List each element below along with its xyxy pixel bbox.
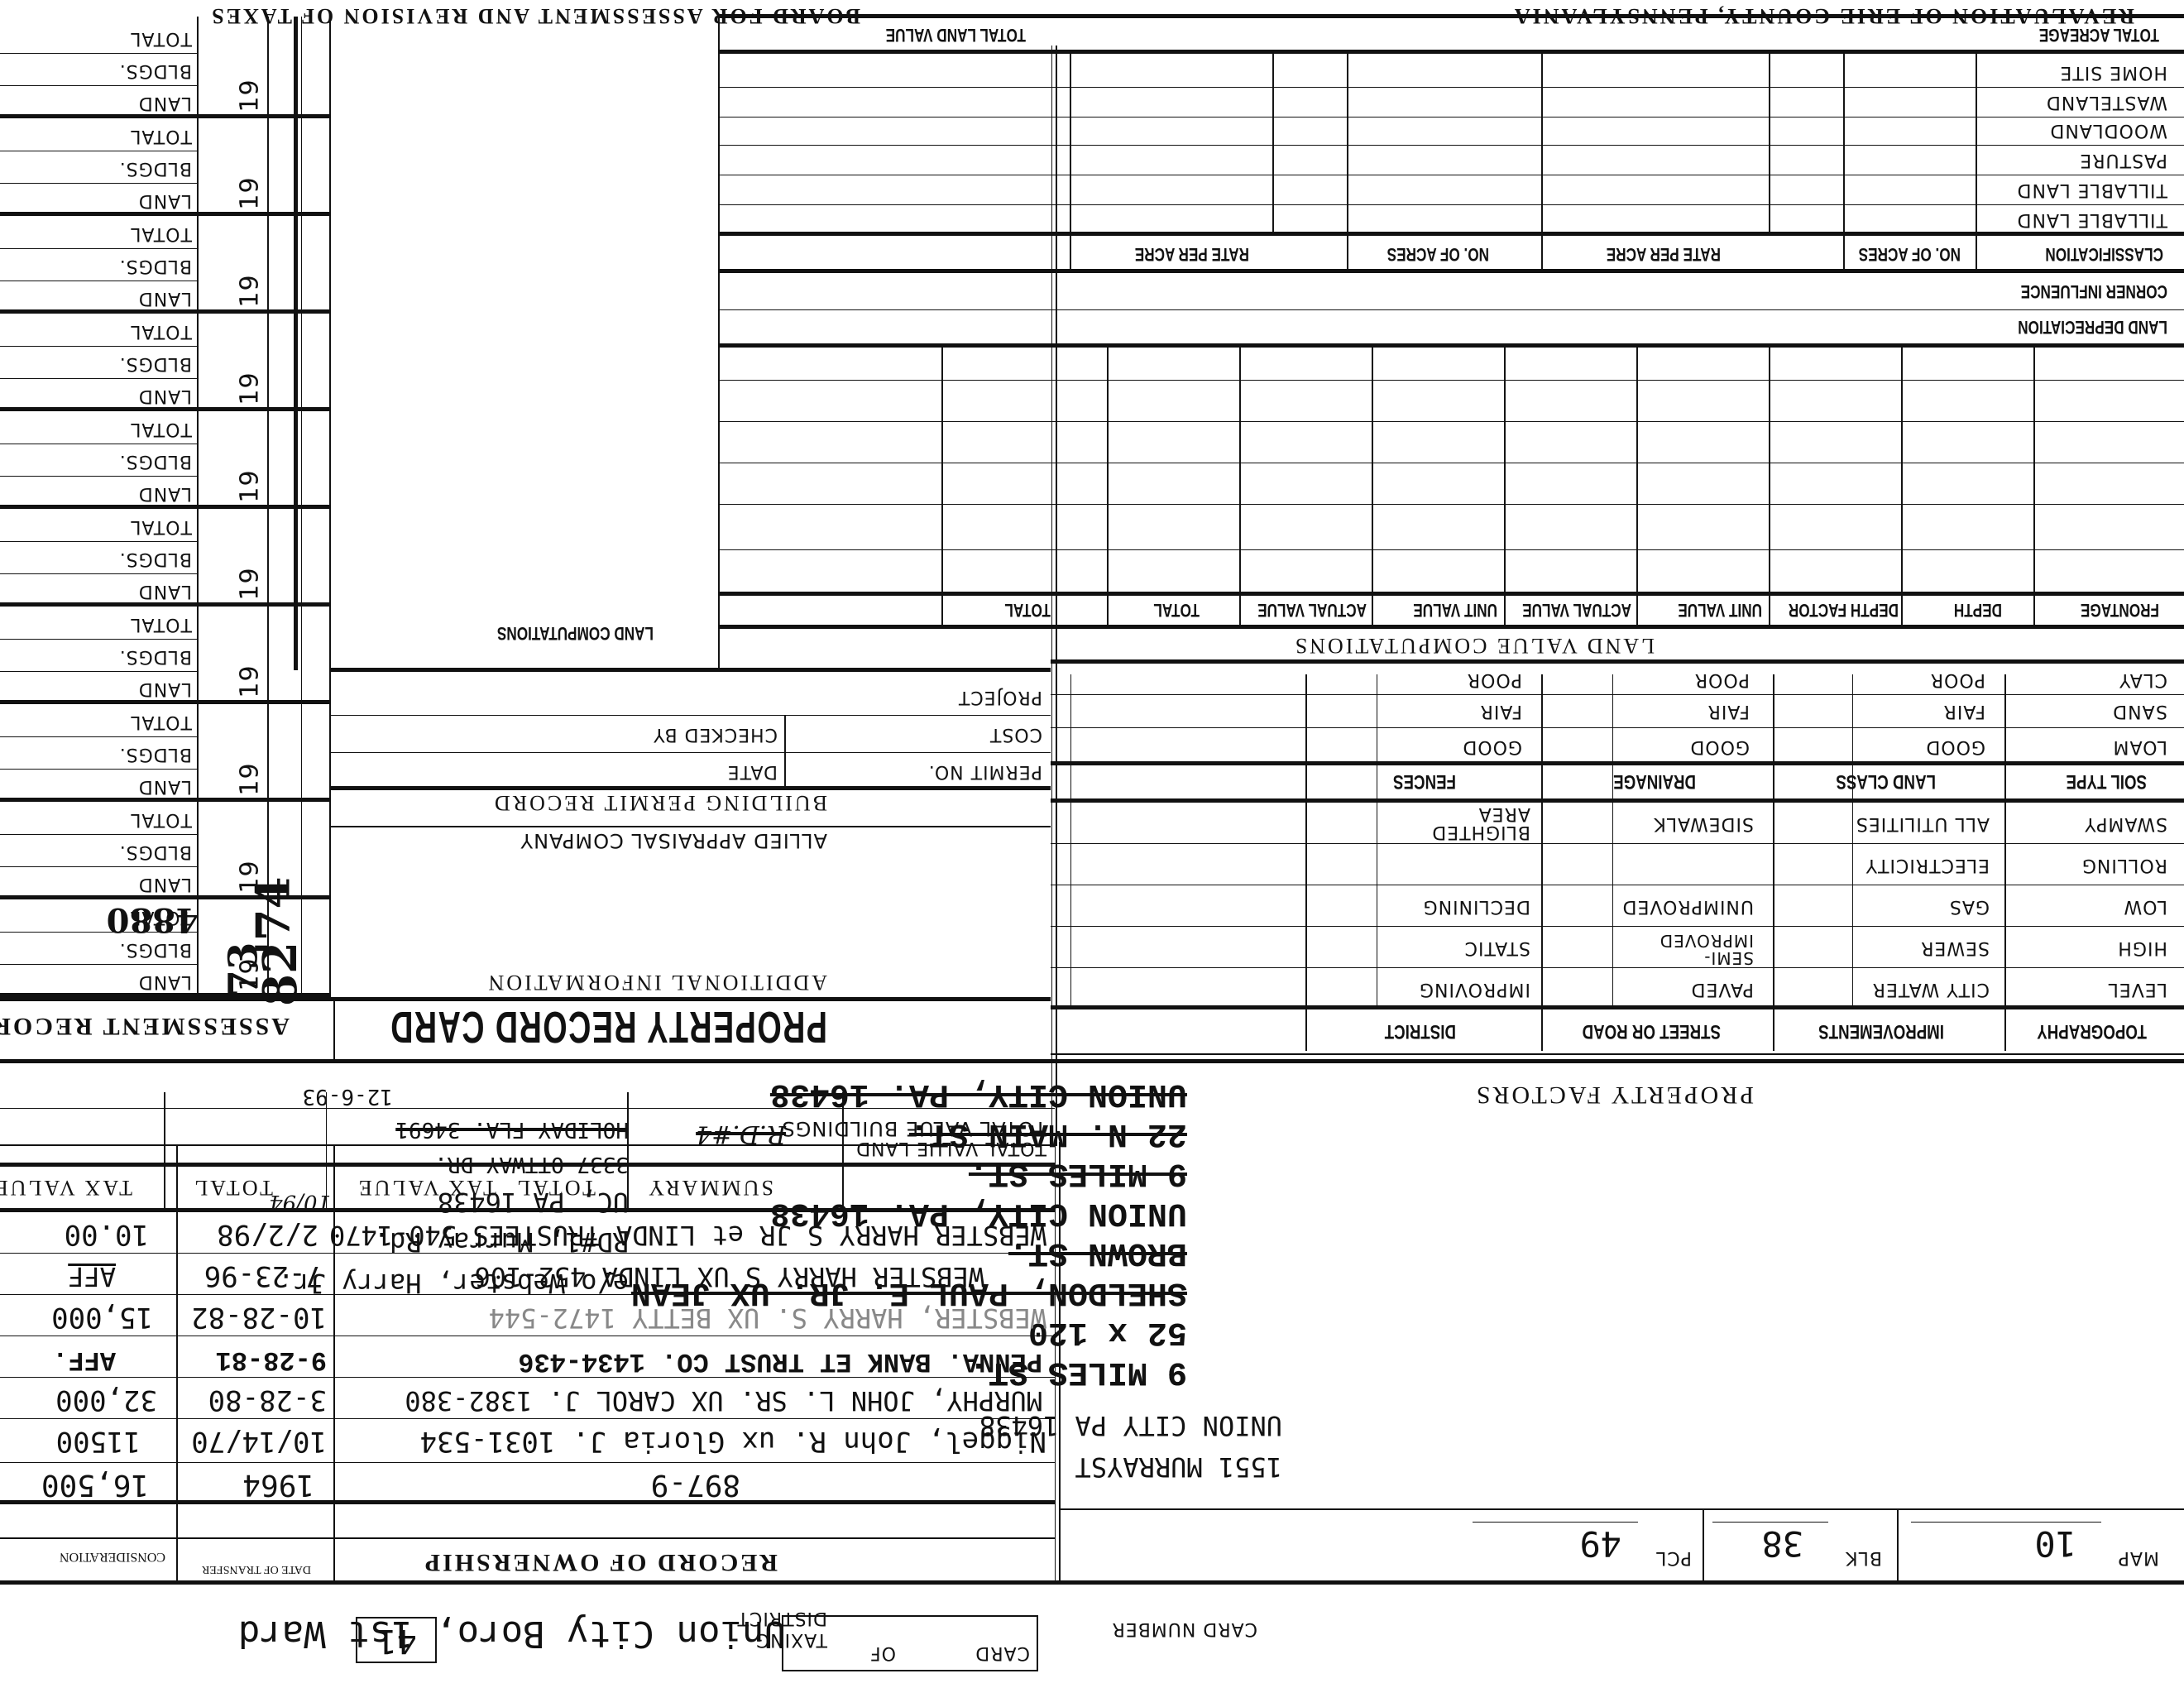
address-line-8: UNION CITY, PA. 16438 — [770, 1075, 1187, 1112]
consideration-cell: 32,000 — [55, 1383, 157, 1417]
property-address-line1: 1551 MURRAYST — [1075, 1451, 1282, 1483]
owner-cell: PENNA. BANK ET TRUST CO. 1434-436 — [518, 1346, 1042, 1377]
impr-city-water[interactable]: CITY WATER — [1872, 979, 1990, 1000]
map-label: MAP — [2118, 1547, 2159, 1568]
property-record-card: CARD NUMBER CARD OF TAXING DISTRICT Unio… — [0, 0, 2184, 1688]
card-of-of-label: OF — [869, 1642, 896, 1663]
year-prefix: 19 — [235, 957, 264, 990]
owner-cell: MURPHY, JOHN L. SR. UX CAROL J. 1382-380 — [405, 1385, 1042, 1417]
consideration-cell: 11500 — [56, 1425, 141, 1458]
map-value[interactable]: 10 — [2034, 1523, 2076, 1564]
pcl-label: PCL — [1655, 1547, 1692, 1568]
year-prefix: 19 — [235, 664, 264, 698]
permit-checked-by-label: CHECKED BY — [653, 724, 778, 745]
assess-land-label: LAND — [138, 679, 192, 699]
year-prefix: 19 — [235, 176, 264, 209]
lv-actual-value-1: ACTUAL VALUE — [1522, 599, 1631, 621]
summary-total-header-2: TOTAL — [192, 1175, 273, 1200]
assess-land-label: LAND — [138, 971, 192, 992]
consideration-cell: AFF. — [52, 1345, 116, 1375]
lv-total-1: TOTAL — [1153, 599, 1200, 621]
summary-row-label: TOTAL VALUE BUILDINGS — [782, 1117, 1046, 1140]
impr-electricity[interactable]: ELECTRICITY — [1865, 855, 1990, 875]
no-of-acres-2: NO. OF ACRES — [1387, 243, 1489, 265]
address-line-2: 52 x 120 — [1028, 1313, 1187, 1350]
impr-sewer[interactable]: SEWER — [1920, 938, 1990, 958]
fences-poor[interactable]: POOR — [1467, 669, 1522, 690]
assess-total-label: TOTAL — [130, 126, 192, 146]
consideration-cell: AFF — [68, 1261, 116, 1292]
assess-total-label: TOTAL — [130, 907, 192, 928]
district-improving[interactable]: IMPROVING — [1419, 979, 1530, 1000]
land-computations-title: LAND COMPUTATIONS — [497, 622, 654, 644]
classification-header: CLASSIFICATION — [2045, 243, 2163, 265]
lv-actual-value-2: ACTUAL VALUE — [1257, 599, 1367, 621]
assess-land-label: LAND — [138, 288, 192, 309]
permit-cost-label: COST — [989, 724, 1042, 745]
topo-swampy[interactable]: SWAMPY — [2084, 813, 2167, 834]
year-prefix: 19 — [235, 567, 264, 600]
summary-total-header: TOTAL — [515, 1175, 596, 1200]
assess-total-label: TOTAL — [130, 614, 192, 635]
rate-per-acre-2: RATE PER ACRE — [1135, 243, 1249, 265]
soil-clay[interactable]: CLAY — [2119, 669, 2167, 690]
rate-per-acre-1: RATE PER ACRE — [1607, 243, 1721, 265]
corner-influence-label: CORNER INFLUENCE — [2021, 281, 2167, 302]
assess-bldgs-label: BLDGS. — [119, 646, 192, 667]
year-prefix: 19 — [235, 860, 264, 893]
summary-label-land: TOTAL VALUE LAND — [855, 1138, 1046, 1158]
pcl-value[interactable]: 49 — [1579, 1523, 1621, 1564]
assess-total-label: TOTAL — [130, 419, 192, 439]
drainage-poor[interactable]: POOR — [1694, 669, 1750, 690]
consideration-cell: 15,000 — [51, 1301, 153, 1334]
class-woodland: WOODLAND — [2049, 120, 2167, 141]
owner-cell: WEBSTER HARRY S UX LINDA 452-106 — [475, 1261, 985, 1292]
summary-tax-value-header: TAX VALUE — [357, 1175, 496, 1200]
assess-land-label: LAND — [138, 386, 192, 406]
permit-date-label: DATE — [727, 761, 778, 782]
date-cell: 9-28-81 — [216, 1345, 327, 1375]
topo-rolling[interactable]: ROLLING — [2081, 855, 2167, 875]
summary-title: SUMMARY — [646, 1175, 773, 1200]
card-number-label: CARD NUMBER — [1158, 1618, 1257, 1638]
district-blighted-area[interactable]: BLIGHTED AREA — [1406, 804, 1530, 841]
assessment-record-title: ASSESSMENT RECORD — [0, 1012, 290, 1040]
permit-no-label: PERMIT NO. — [928, 761, 1042, 782]
landclass-fair[interactable]: FAIR — [1943, 701, 1985, 722]
assess-bldgs-label: BLDGS. — [119, 60, 192, 81]
assess-bldgs-label: BLDGS. — [119, 158, 192, 179]
lv-unit-value-1: UNIT VALUE — [1678, 599, 1762, 621]
assess-land-label: LAND — [138, 93, 192, 113]
year-prefix: 19 — [235, 372, 264, 405]
footer-board: BOARD FOR ASSESSMENT AND REVISION OF TAX… — [209, 3, 860, 28]
topo-high[interactable]: HIGH — [2117, 938, 2167, 958]
owner-cell: WEBSTER, HARRY S. UX BETTY 1472-544 — [489, 1302, 1046, 1334]
assess-bldgs-label: BLDGS. — [119, 939, 192, 960]
owner-cell: Niggel, John R. ux Gloria J. 1031-534 — [420, 1425, 1046, 1458]
lv-unit-value-2: UNIT VALUE — [1413, 599, 1497, 621]
owner-cell: WEBSTER HARRY S JR et LINDA TRUSTEES 540… — [329, 1220, 1046, 1251]
road-sidewalk[interactable]: SIDEWALK — [1653, 813, 1754, 834]
taxing-district-value: Union City Boro, 1st Ward — [238, 1613, 786, 1655]
assess-bldgs-label: BLDGS. — [119, 451, 192, 472]
soil-loam[interactable]: LOAM — [2113, 736, 2167, 757]
improvements-header: IMPROVEMENTS — [1818, 1019, 1944, 1043]
assess-bldgs-label: BLDGS. — [119, 744, 192, 765]
topography-header: TOPOGRAPHY — [2037, 1019, 2147, 1043]
year-prefix: 19 — [235, 762, 264, 795]
assess-bldgs-label: BLDGS. — [119, 256, 192, 276]
date-cell: 10-28-82 — [191, 1301, 327, 1334]
class-home-site: HOME SITE — [2059, 62, 2167, 83]
road-semi-improved[interactable]: SEMI-IMPROVED — [1621, 932, 1754, 966]
district-number: 41 — [377, 1622, 417, 1660]
assess-land-label: LAND — [138, 776, 192, 797]
no-of-acres-1: NO. OF ACRES — [1859, 243, 1961, 265]
district-static[interactable]: STATIC — [1464, 938, 1530, 958]
street-or-road-header: STREET OR ROAD — [1583, 1019, 1721, 1043]
road-unimproved[interactable]: UNIMPROVED — [1622, 896, 1754, 917]
property-factors-title: PROPERTY FACTORS — [1474, 1081, 1754, 1109]
mailing-line-6: 12-6-93 — [302, 1084, 393, 1109]
drainage-fair[interactable]: FAIR — [1707, 701, 1750, 722]
blk-value[interactable]: 38 — [1761, 1523, 1803, 1564]
assess-land-label: LAND — [138, 874, 192, 894]
appraiser-name: ALLIED APPRAISAL COMPANY — [520, 829, 828, 852]
topo-low[interactable]: LOW — [2123, 896, 2167, 917]
consideration-cell: 10.00 — [65, 1218, 149, 1251]
fences-fair[interactable]: FAIR — [1480, 701, 1522, 722]
additional-info-title: ADDITIONAL INFORMATION — [486, 970, 827, 995]
address-line-6: 9 MILES ST. — [969, 1154, 1187, 1192]
class-wasteland: WASTELAND — [2046, 92, 2167, 113]
road-paved[interactable]: PAVED — [1691, 979, 1754, 1000]
building-permit-title: BUILDING PERMIT RECORD — [492, 790, 827, 815]
date-of-transfer-label: DATE OF TRANSFER — [190, 1562, 323, 1575]
impr-gas[interactable]: GAS — [1949, 896, 1990, 917]
consideration-label: CONSIDERATION — [60, 1549, 165, 1564]
card-of-label: CARD — [975, 1642, 1030, 1663]
lv-depth-factor: DEPTH FACTOR — [1789, 599, 1899, 621]
impr-all-utilities[interactable]: ALL UTILITIES — [1856, 813, 1990, 834]
soil-sand[interactable]: SAND — [2112, 701, 2167, 722]
summary-tax-value-header-2: TAX VALUE — [0, 1175, 132, 1200]
ownership-title: RECORD OF OWNERSHIP — [423, 1548, 778, 1576]
land-depreciation-label: LAND DEPRECIATION — [2018, 316, 2167, 338]
consideration-cell: 16,500 — [41, 1468, 149, 1502]
year-prefix: 19 — [235, 469, 264, 502]
drainage-header: DRAINAGE — [1613, 770, 1696, 793]
owner-cell: 897-9 — [651, 1468, 740, 1502]
assess-total-label: TOTAL — [130, 28, 192, 49]
assess-total-label: TOTAL — [130, 516, 192, 537]
blk-label: BLK — [1845, 1547, 1882, 1568]
date-cell: 2/2/98 — [217, 1218, 318, 1251]
footer-revaluation: REVALUATION OF ERIE COUNTY, PENNSYLVANIA — [1512, 3, 2134, 28]
assess-land-label: LAND — [138, 581, 192, 602]
soil-type-header: SOIL TYPE — [2067, 770, 2147, 793]
lv-depth: DEPTH — [1954, 599, 2002, 621]
date-cell: 3-28-80 — [208, 1383, 327, 1417]
assess-bldgs-label: BLDGS. — [119, 353, 192, 374]
class-tillable-1: TILLABLE LAND — [2017, 209, 2167, 230]
class-pasture: PASTURE — [2079, 150, 2167, 170]
fences-good[interactable]: GOOD — [1462, 736, 1522, 757]
assess-land-label: LAND — [138, 190, 192, 211]
lv-total-2: TOTAL — [1004, 599, 1051, 621]
assess-total-label: TOTAL — [130, 809, 192, 830]
class-tillable-2: TILLABLE LAND — [2017, 180, 2167, 200]
district-number-box: 41 — [356, 1617, 437, 1663]
district-declining[interactable]: DECLINING — [1423, 896, 1530, 917]
fences-header: FENCES — [1393, 770, 1456, 793]
land-value-title: LAND VALUE COMPUTATIONS — [1293, 633, 1655, 658]
property-record-card-title: PROPERTY RECORD CARD — [390, 1001, 827, 1053]
assess-land-label: LAND — [138, 483, 192, 504]
date-cell: 10/14/70 — [191, 1425, 327, 1458]
landclass-good[interactable]: GOOD — [1925, 736, 1985, 757]
lv-frontage: FRONTAGE — [2081, 599, 2159, 621]
total-land-value-label: TOTAL LAND VALUE — [886, 24, 1026, 46]
district-header: DISTRICT — [1385, 1019, 1456, 1043]
landclass-poor[interactable]: POOR — [1930, 669, 1985, 690]
year-prefix: 19 — [235, 274, 264, 307]
drainage-good[interactable]: GOOD — [1689, 736, 1750, 757]
year-prefix: 19 — [235, 79, 264, 112]
assess-total-label: TOTAL — [130, 223, 192, 244]
date-cell: 7-23-96 — [204, 1259, 323, 1292]
mailing-line-5: HOLIDAY FLA. 34691 — [395, 1117, 629, 1142]
assess-total-label: TOTAL — [130, 321, 192, 342]
assess-bldgs-label: BLDGS. — [119, 549, 192, 569]
topo-level[interactable]: LEVEL — [2108, 979, 2167, 1000]
date-cell: 1964 — [242, 1468, 314, 1502]
assess-total-label: TOTAL — [130, 712, 192, 732]
land-class-header: LAND CLASS — [1836, 770, 1936, 793]
permit-project-label: PROJECT — [958, 687, 1042, 707]
assess-bldgs-label: BLDGS. — [119, 842, 192, 862]
